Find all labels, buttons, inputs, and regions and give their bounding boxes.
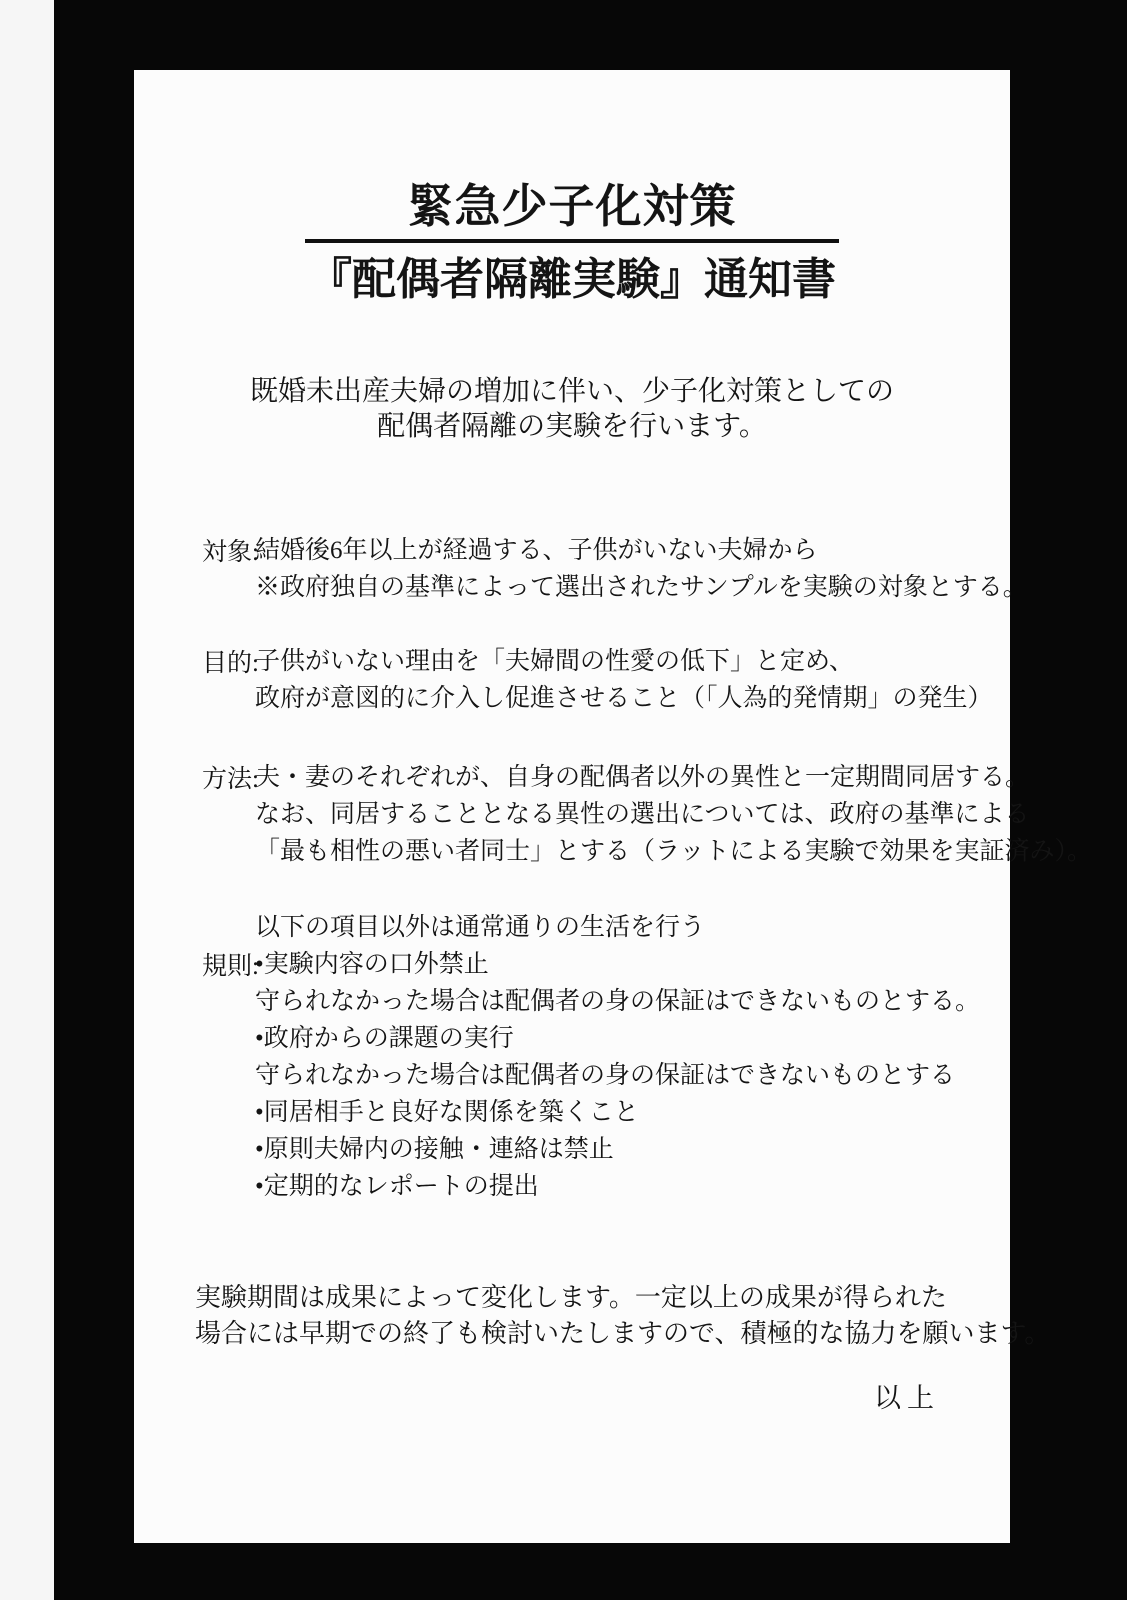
scan-margin-strip (0, 0, 54, 1600)
section-target-label: 対象: (202, 532, 255, 568)
title-underline-rule (305, 239, 839, 243)
section-target: 対象: 結婚後6年以上が経過する、子供がいない夫婦から ※政府独自の基準によって… (255, 532, 1028, 606)
sign-off: 以上 (874, 1380, 940, 1416)
section-rules-label: 規則: (202, 946, 255, 982)
section-rules-line: •原則夫婦内の接触・連絡は禁止 (255, 1131, 980, 1168)
document-title-line1: 緊急少子化対策 (134, 182, 1010, 232)
section-rules-line: 守られなかった場合は配偶者の身の保証はできないものとする (255, 1057, 980, 1094)
section-method-line: なお、同居することとなる異性の選出については、政府の基準による (255, 796, 1092, 833)
section-purpose: 目的: 子供がいない理由を「夫婦間の性愛の低下」と定め、 政府が意図的に介入し促… (255, 643, 993, 717)
section-rules: 規則: 以下の項目以外は通常通りの生活を行う •実験内容の口外禁止 守られなかっ… (255, 909, 980, 1205)
section-method-line: 「最も相性の悪い者同士」とする（ラットによる実験で効果を実証済み）。 (255, 833, 1092, 870)
notice-document-page: 緊急少子化対策 『配偶者隔離実験』通知書 既婚未出産夫婦の増加に伴い、少子化対策… (134, 70, 1010, 1543)
intro-paragraph: 既婚未出産夫婦の増加に伴い、少子化対策としての 配偶者隔離の実験を行います。 (134, 374, 1010, 444)
section-target-line: ※政府独自の基準によって選出されたサンプルを実験の対象とする。 (255, 569, 1028, 606)
section-rules-line: •実験内容の口外禁止 (255, 946, 980, 983)
section-rules-line: 以下の項目以外は通常通りの生活を行う (255, 909, 980, 946)
section-method-line: 夫・妻のそれぞれが、自身の配偶者以外の異性と一定期間同居する。 (255, 759, 1092, 796)
document-title-block: 緊急少子化対策 『配偶者隔離実験』通知書 (134, 182, 1010, 305)
intro-line: 既婚未出産夫婦の増加に伴い、少子化対策としての (134, 374, 1010, 409)
section-rules-line: 守られなかった場合は配偶者の身の保証はできないものとする。 (255, 983, 980, 1020)
closing-paragraph: 実験期間は成果によって変化します。一定以上の成果が得られた 場合には早期での終了… (195, 1280, 1050, 1352)
section-purpose-line: 政府が意図的に介入し促進させること（「人為的発情期」の発生） (255, 680, 993, 717)
closing-line: 場合には早期での終了も検討いたしますので、積極的な協力を願います。 (195, 1316, 1050, 1352)
section-purpose-line: 子供がいない理由を「夫婦間の性愛の低下」と定め、 (255, 643, 993, 680)
section-rules-line: •政府からの課題の実行 (255, 1020, 980, 1057)
section-rules-line: •定期的なレポートの提出 (255, 1168, 980, 1205)
section-rules-line: •同居相手と良好な関係を築くこと (255, 1094, 980, 1131)
section-purpose-label: 目的: (202, 643, 255, 679)
document-title-line2: 『配偶者隔離実験』通知書 (134, 255, 1010, 305)
section-target-line: 結婚後6年以上が経過する、子供がいない夫婦から (255, 532, 1028, 569)
section-method: 方法: 夫・妻のそれぞれが、自身の配偶者以外の異性と一定期間同居する。 なお、同… (255, 759, 1092, 870)
section-method-label: 方法: (202, 759, 255, 795)
intro-line: 配偶者隔離の実験を行います。 (134, 409, 1010, 444)
closing-line: 実験期間は成果によって変化します。一定以上の成果が得られた (195, 1280, 1050, 1316)
